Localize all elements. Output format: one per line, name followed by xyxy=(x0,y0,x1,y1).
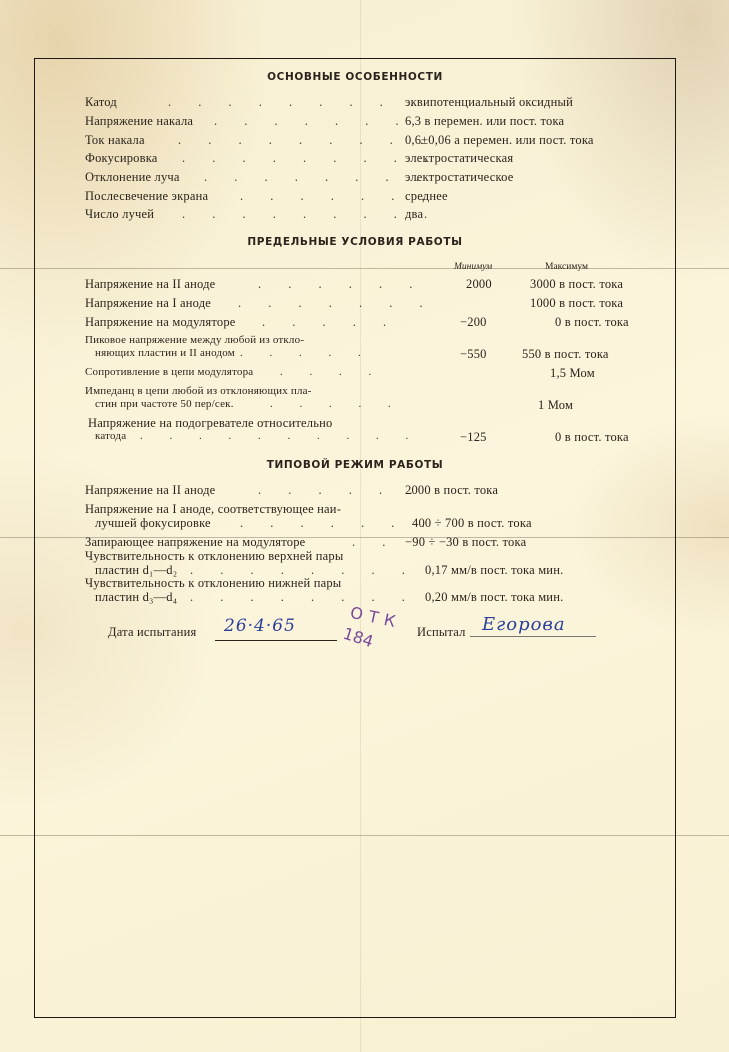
feature-label: Число лучей xyxy=(85,207,154,222)
typical-label-line1: Напряжение на I аноде, соответствующее н… xyxy=(85,502,341,517)
limit-min: 2000 xyxy=(466,277,492,292)
limit-max: 550 в пост. тока xyxy=(522,347,609,362)
limit-label: Напряжение на I аноде xyxy=(85,296,211,311)
leader-dots: . . xyxy=(352,535,397,550)
leader-dots: . . . . . . . xyxy=(240,516,437,531)
typical-label: Запирающее напряжение на модуляторе xyxy=(85,535,305,550)
feature-value: электростатическая xyxy=(405,151,513,166)
feature-value: 6,3 в перемен. или пост. тока xyxy=(405,114,564,129)
limit-max: 0 в пост. тока xyxy=(555,430,629,445)
limit-max: 1 Мом xyxy=(538,398,573,413)
limit-label: Сопротивление в цепи модулятора xyxy=(85,366,253,378)
leader-dots: . . . . . . . . xyxy=(204,170,431,185)
feature-value: среднее xyxy=(405,189,448,204)
feature-label: Напряжение накала xyxy=(85,114,193,129)
limit-min: −200 xyxy=(460,315,487,330)
feature-label: Послесвечение экрана xyxy=(85,189,208,204)
limit-label: Напряжение на II аноде xyxy=(85,277,215,292)
leader-dots: . . . . . . . xyxy=(238,296,435,311)
leader-dots: . . . . . . . . . xyxy=(182,151,439,166)
section-title-limit-conditions: ПРЕДЕЛЬНЫЕ УСЛОВИЯ РАБОТЫ xyxy=(34,236,676,248)
limit-label: Напряжение на модуляторе xyxy=(85,315,236,330)
section-title-typical-mode: ТИПОВОЙ РЕЖИМ РАБОТЫ xyxy=(34,459,676,471)
typical-value: −90 ÷ −30 в пост. тока xyxy=(405,535,526,550)
limit-min: −550 xyxy=(460,347,487,362)
typical-label-line2: пластин d₃—d₄ xyxy=(95,590,177,605)
limit-label-line2: стин при частоте 50 пер/сек. xyxy=(95,398,234,410)
leader-dots: . . . . . . xyxy=(258,483,424,498)
tested-by-underline xyxy=(470,636,596,637)
limit-label-line2: катода xyxy=(95,430,126,442)
limit-label-line1: Напряжение на подогревателе относительно xyxy=(88,416,332,431)
test-date-label: Дата испытания xyxy=(108,625,196,640)
typical-label: Напряжение на II аноде xyxy=(85,483,215,498)
leader-dots: . . . . . . . . . xyxy=(182,207,439,222)
section-title-main-features: ОСНОВНЫЕ ОСОБЕННОСТИ xyxy=(34,71,676,83)
feature-label: Ток накала xyxy=(85,133,145,148)
typical-value: 0,17 мм/в пост. тока мин. xyxy=(425,563,563,578)
leader-dots: . . . . . xyxy=(270,398,403,410)
limit-max: 0 в пост. тока xyxy=(555,315,629,330)
leader-dots: . . . . . . . . . xyxy=(178,133,435,148)
column-header-max: Максимум xyxy=(545,262,588,272)
limit-min: −125 xyxy=(460,430,487,445)
feature-value: эквипотенциальный оксидный xyxy=(405,95,573,110)
limit-label-line2: няющих пластин и II анодом xyxy=(95,347,235,359)
limit-max: 3000 в пост. тока xyxy=(530,277,623,292)
limit-label-line1: Импеданц в цепи любой из отклоняющих пла… xyxy=(85,385,312,397)
typical-label-line2: лучшей фокусировке xyxy=(95,516,211,531)
leader-dots: . . . . . xyxy=(240,347,373,359)
leader-dots: . . . . . . . xyxy=(214,114,411,129)
feature-value: электростатическое xyxy=(405,170,513,185)
leader-dots: . . . . . . . . . xyxy=(168,95,425,110)
leader-dots: . . . . xyxy=(280,366,383,378)
test-date-underline xyxy=(215,640,337,641)
leader-dots: . . . . . . . . . . xyxy=(140,430,420,442)
feature-value: два xyxy=(405,207,423,222)
typical-value: 400 ÷ 700 в пост. тока xyxy=(412,516,532,531)
leader-dots: . . . . . . . . xyxy=(190,590,417,605)
typical-value: 2000 в пост. тока xyxy=(405,483,498,498)
feature-value: 0,6±0,06 а перемен. или пост. тока xyxy=(405,133,594,148)
tested-by-label: Испытал xyxy=(417,625,466,640)
column-header-min: Минимум xyxy=(454,262,492,272)
test-date-value: 26·4·65 xyxy=(224,616,296,636)
leader-dots: . . . . . xyxy=(262,315,398,330)
feature-label: Катод xyxy=(85,95,117,110)
typical-label-line1: Чувствительность к отклонению нижней пар… xyxy=(85,576,341,591)
feature-label: Отклонение луча xyxy=(85,170,180,185)
typical-value: 0,20 мм/в пост. тока мин. xyxy=(425,590,563,605)
feature-label: Фокусировка xyxy=(85,151,158,166)
typical-label-line1: Чувствительность к отклонению верхней па… xyxy=(85,549,343,564)
limit-label-line1: Пиковое напряжение между любой из откло- xyxy=(85,334,304,346)
leader-dots: . . . . . . xyxy=(258,277,424,292)
limit-max: 1000 в пост. тока xyxy=(530,296,623,311)
limit-max: 1,5 Мом xyxy=(550,366,595,381)
tested-by-signature: Егорова xyxy=(482,614,566,635)
